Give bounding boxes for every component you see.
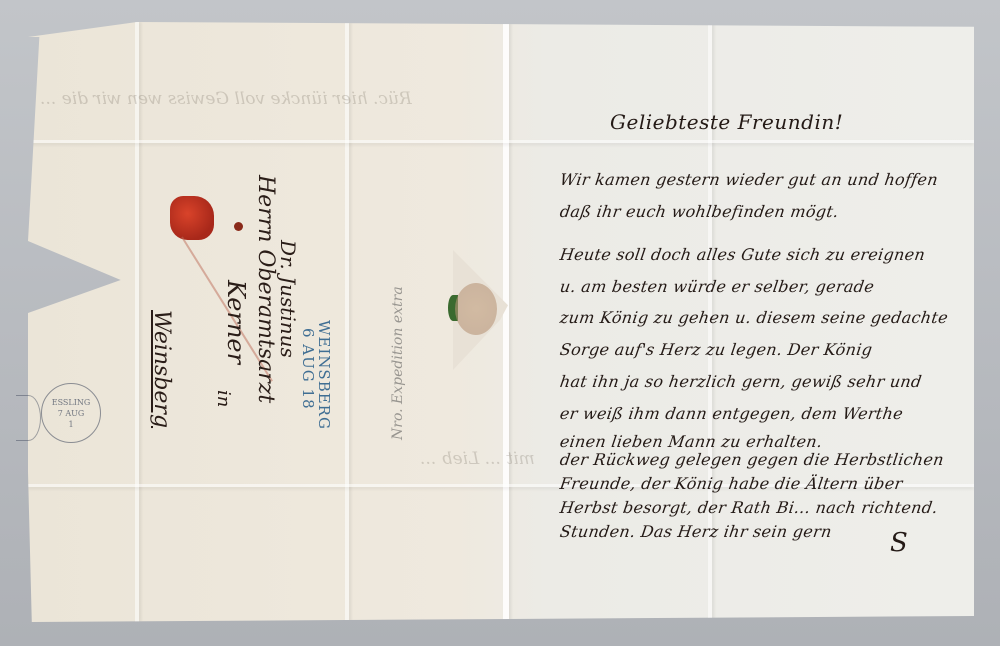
bleed-through-text: mit ... Lieb ... (420, 440, 535, 478)
fold-line (28, 140, 974, 143)
margin-note: Nro. Expedition extra (390, 286, 406, 440)
address-line: Herrn Oberamtsarzt (253, 175, 278, 403)
letter-line: Freunde, der König habe die Ältern über (559, 474, 904, 493)
letter-line: Heute soll doch alles Gute sich zu ereig… (559, 245, 927, 264)
letter-line: Wir kamen gestern wieder gut an und hoff… (559, 170, 940, 189)
salutation: Geliebteste Freundin! (610, 110, 843, 134)
letter-line: Stunden. Das Herz ihr sein gern (559, 522, 833, 541)
letter-line: der Rückweg gelegen gegen die Herbstlich… (559, 450, 946, 469)
letter-line: er weiß ihm dann entgegen, dem Werthe (559, 404, 905, 423)
partial-postmark (16, 395, 41, 441)
address-line: in (213, 390, 234, 407)
weinsberg-postmark: WEINSBERG 6 AUG 18 (300, 320, 332, 430)
letter-line: daß ihr euch wohlbefinden mögt. (559, 202, 840, 221)
letter-line: hat ihn ja so herzlich gern, gewiß sehr … (559, 372, 923, 391)
address-line: Kerner (222, 280, 250, 364)
letter-line: Herbst besorgt, der Rath Bi... nach rich… (559, 498, 939, 517)
address-line: Weinsberg (149, 310, 174, 428)
address-line: Dr. Justinus (276, 240, 300, 358)
seal-stain (455, 283, 497, 335)
letter-line: zum König zu gehen u. diesem seine gedac… (559, 308, 950, 327)
letter-line: einen lieben Mann zu erhalten. (559, 432, 824, 451)
center-fold (503, 22, 509, 622)
letter-line: Sorge auf's Herz zu legen. Der König (559, 340, 874, 359)
letter-line: u. am besten würde er selber, gerade (559, 277, 876, 296)
round-postmark: ESSLING 7 AUG 1 (41, 383, 101, 443)
bleed-through-text: Rüc. hier iüncke voll Gewiss wen wir die… (40, 80, 412, 118)
signature: S (890, 528, 908, 558)
